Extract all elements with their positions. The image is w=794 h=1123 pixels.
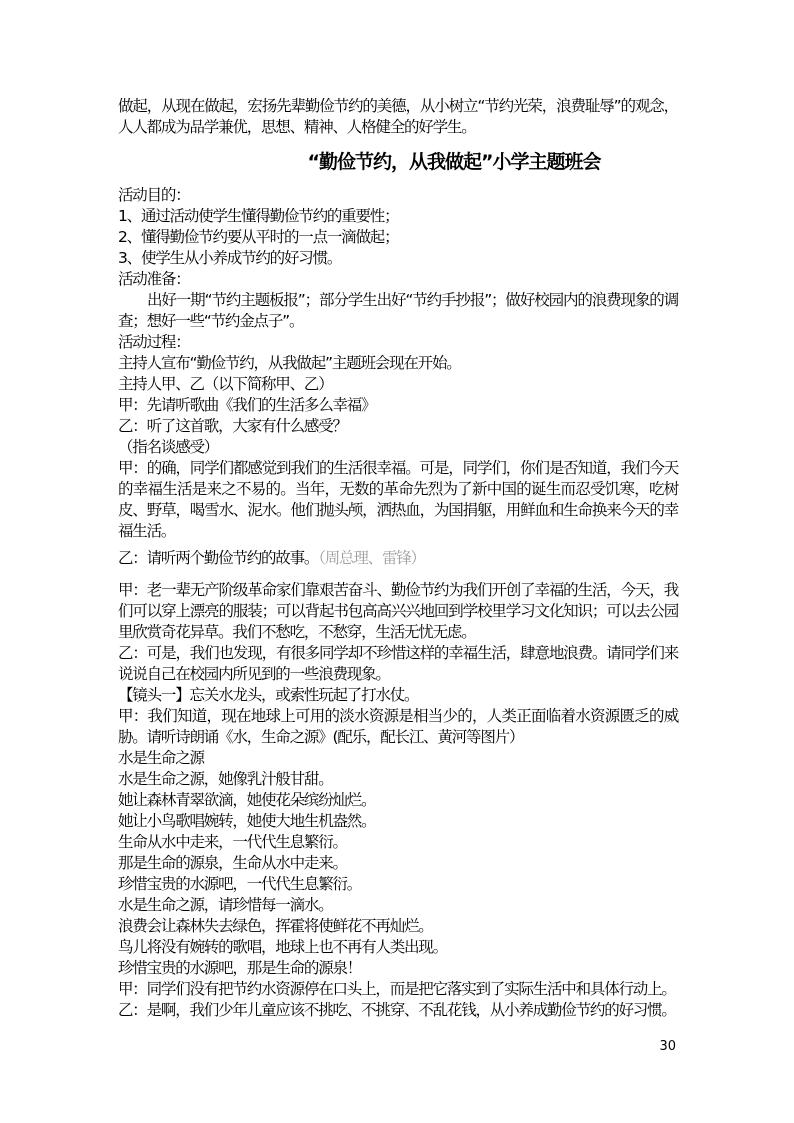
document-title: “勤俭节约，从我做起”小学主题班会 xyxy=(118,148,678,176)
document-body: 做起，从现在做起，宏扬先辈勤俭节约的美德，从小树立“节约光荣，浪费耻辱”的观念，… xyxy=(118,96,678,1021)
paragraph-text: 她让小鸟歌唱婉转，她使大地生机盎然。 xyxy=(118,812,375,830)
paragraph-text: 1、通过活动使学生懂得勤俭节约的重要性； xyxy=(118,207,398,225)
paragraph: 生命从水中走来，一代代生息繁衍。 xyxy=(118,832,678,853)
paragraph: 2、懂得勤俭节约要从平时的一点一滴做起； xyxy=(118,227,678,248)
paragraph-text: （指名谈感受） xyxy=(118,438,218,456)
paragraph: 活动目的： xyxy=(118,185,678,206)
paragraph-text: 甲：先请听歌曲《我们的生活多么幸福》 xyxy=(118,396,375,414)
paragraph-text: 主持人甲、乙（以下简称甲、乙） xyxy=(118,375,333,393)
paragraph-text: 水是生命之源，请珍惜每一滴水。 xyxy=(118,896,333,914)
paragraph-text: 甲：的确，同学们都感觉到我们的生活很幸福。可是，同学们，你们是否知道，我们今天的… xyxy=(118,459,678,540)
paragraph: 水是生命之源 xyxy=(118,748,678,769)
paragraph: 珍惜宝贵的水源吧，那是生命的源泉！ xyxy=(118,958,678,979)
paragraph-text: 她让森林青翠欲滴，她使花朵缤纷灿烂。 xyxy=(118,791,375,809)
paragraph-text: 2、懂得勤俭节约要从平时的一点一滴做起； xyxy=(118,228,398,246)
paragraph-text: 甲：同学们没有把节约水资源停在口头上，而是把它落实到了实际生活中和具体行动上。 xyxy=(118,980,676,998)
paragraph: 乙：是啊，我们少年儿童应该不挑吃、不挑穿、不乱花钱，从小养成勤俭节约的好习惯。 xyxy=(118,1000,678,1021)
paragraph: 乙：听了这首歌，大家有什么感受？ xyxy=(118,416,678,437)
paragraph: 乙：请听两个勤俭节约的故事。（周总理、雷锋） xyxy=(118,548,678,569)
paragraph: 甲：同学们没有把节约水资源停在口头上，而是把它落实到了实际生活中和具体行动上。 xyxy=(118,979,678,1000)
paragraph: 3、使学生从小养成节约的好习惯。 xyxy=(118,248,678,269)
paragraph: 主持人宣布“勤俭节约，从我做起”主题班会现在开始。 xyxy=(118,353,678,374)
paragraph-text: 珍惜宝贵的水源吧，一代代生息繁衍。 xyxy=(118,875,361,893)
paragraph: 甲：的确，同学们都感觉到我们的生活很幸福。可是，同学们，你们是否知道，我们今天的… xyxy=(118,458,678,542)
paragraph-text: 那是生命的源泉，生命从水中走来。 xyxy=(118,854,347,872)
paragraph: 珍惜宝贵的水源吧，一代代生息繁衍。 xyxy=(118,874,678,895)
paragraph: 鸟儿将没有婉转的歌唱，地球上也不再有人类出现。 xyxy=(118,937,678,958)
paragraph: 甲：老一辈无产阶级革命家们靠艰苦奋斗、勤俭节约为我们开创了幸福的生活，今天，我们… xyxy=(118,580,678,643)
paragraph: 那是生命的源泉，生命从水中走来。 xyxy=(118,853,678,874)
page-number: 30 xyxy=(659,1039,676,1054)
paragraph-text: 水是生命之源，她像乳汁般甘甜。 xyxy=(118,770,333,788)
paragraph: 1、通过活动使学生懂得勤俭节约的重要性； xyxy=(118,206,678,227)
paragraph: 她让森林青翠欲滴，她使花朵缤纷灿烂。 xyxy=(118,790,678,811)
paragraph-text: 3、使学生从小养成节约的好习惯。 xyxy=(118,249,341,267)
paragraph-text: 浪费会让森林失去绿色，挥霍将使鲜花不再灿烂。 xyxy=(118,917,433,935)
paragraph: 活动过程： xyxy=(118,332,678,353)
paragraph: 她让小鸟歌唱婉转，她使大地生机盎然。 xyxy=(118,811,678,832)
paragraph: （指名谈感受） xyxy=(118,437,678,458)
paragraph-list: 活动目的：1、通过活动使学生懂得勤俭节约的重要性；2、懂得勤俭节约要从平时的一点… xyxy=(118,185,678,1021)
paragraph-text: 珍惜宝贵的水源吧，那是生命的源泉！ xyxy=(118,959,361,977)
paragraph: 水是生命之源，她像乳汁般甘甜。 xyxy=(118,769,678,790)
paragraph-text: 【镜头一】忘关水龙头，或索性玩起了打水仗。 xyxy=(118,686,418,704)
document-page: 做起，从现在做起，宏扬先辈勤俭节约的美德，从小树立“节约光荣，浪费耻辱”的观念，… xyxy=(0,0,794,1123)
paragraph-text: 乙：是啊，我们少年儿童应该不挑吃、不挑穿、不乱花钱，从小养成勤俭节约的好习惯。 xyxy=(118,1001,676,1019)
paragraph-text: 活动过程： xyxy=(118,333,190,351)
paragraph: 甲：我们知道，现在地球上可用的淡水资源是相当少的，人类正面临着水资源匮乏的威胁。… xyxy=(118,706,678,748)
paragraph: 乙：可是，我们也发现，有很多同学却不珍惜这样的幸福生活，肆意地浪费。请同学们来说… xyxy=(118,643,678,685)
paragraph-text: 活动准备： xyxy=(118,270,190,288)
paragraph-text: 乙：可是，我们也发现，有很多同学却不珍惜这样的幸福生活，肆意地浪费。请同学们来说… xyxy=(118,644,678,683)
paragraph-text: 乙：请听两个勤俭节约的故事。 xyxy=(118,549,318,567)
paragraph: 出好一期“节约主题板报”；部分学生出好“节约手抄报”；做好校园内的浪费现象的调查… xyxy=(118,290,678,332)
paragraph-text: 甲：我们知道，现在地球上可用的淡水资源是相当少的，人类正面临着水资源匮乏的威胁。… xyxy=(118,707,678,746)
paragraph: 甲：先请听歌曲《我们的生活多么幸福》 xyxy=(118,395,678,416)
paragraph: 【镜头一】忘关水龙头，或索性玩起了打水仗。 xyxy=(118,685,678,706)
paragraph-text: 甲：老一辈无产阶级革命家们靠艰苦奋斗、勤俭节约为我们开创了幸福的生活，今天，我们… xyxy=(118,581,678,641)
paragraph: 水是生命之源，请珍惜每一滴水。 xyxy=(118,895,678,916)
paragraph-text: 生命从水中走来，一代代生息繁衍。 xyxy=(118,833,347,851)
paragraph-intro: 做起，从现在做起，宏扬先辈勤俭节约的美德，从小树立“节约光荣，浪费耻辱”的观念，… xyxy=(118,96,678,138)
paragraph: 活动准备： xyxy=(118,269,678,290)
paragraph-text: 活动目的： xyxy=(118,186,190,204)
paragraph: 主持人甲、乙（以下简称甲、乙） xyxy=(118,374,678,395)
paragraph-text: 水是生命之源 xyxy=(118,749,204,767)
paragraph-text: 乙：听了这首歌，大家有什么感受？ xyxy=(118,417,347,435)
paragraph-note: （周总理、雷锋） xyxy=(318,549,425,567)
paragraph-text: 出好一期“节约主题板报”；部分学生出好“节约手抄报”；做好校园内的浪费现象的调查… xyxy=(118,291,678,330)
paragraph-text: 鸟儿将没有婉转的歌唱，地球上也不再有人类出现。 xyxy=(118,938,447,956)
paragraph-text: 主持人宣布“勤俭节约，从我做起”主题班会现在开始。 xyxy=(118,354,461,372)
paragraph: 浪费会让森林失去绿色，挥霍将使鲜花不再灿烂。 xyxy=(118,916,678,937)
